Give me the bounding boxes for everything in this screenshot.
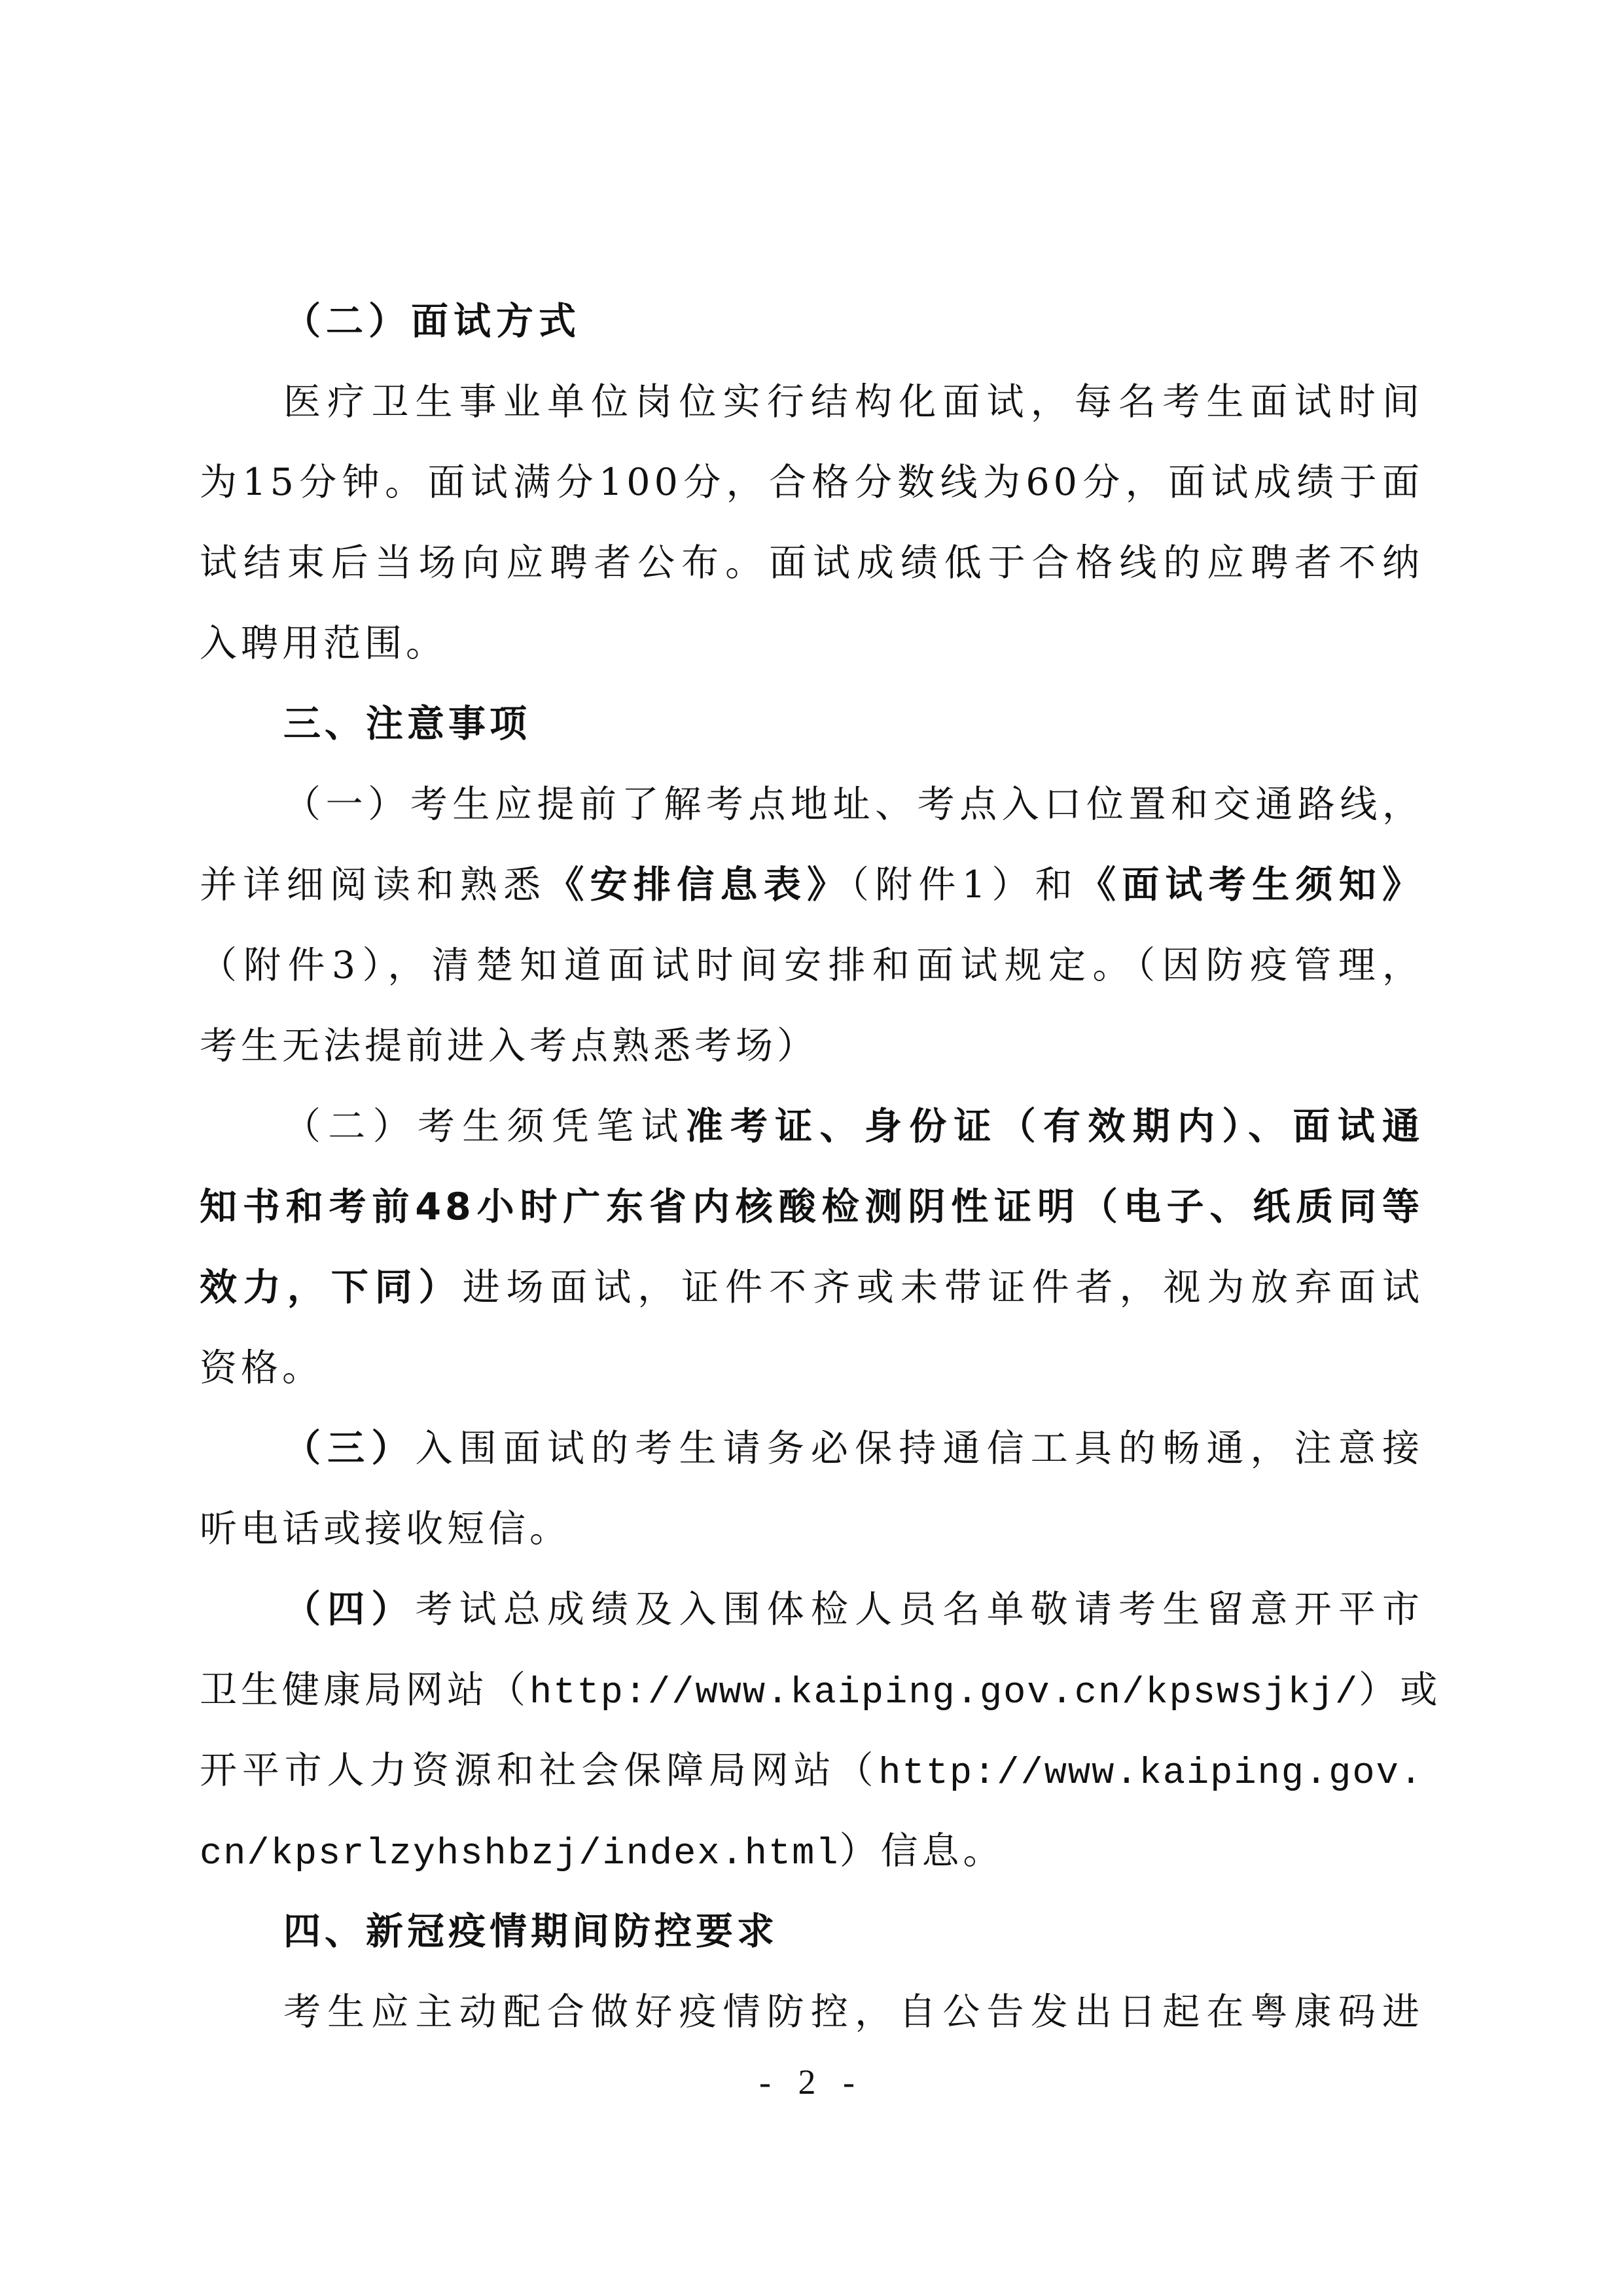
section-heading-notes: 三、注意事项 — [200, 684, 1423, 764]
plain-text: 并详细阅读和熟悉 — [200, 863, 546, 906]
notes-item-4-line: （四）考试总成绩及入围体检人员名单敬请考生留意开平市 — [200, 1570, 1423, 1650]
hr-bureau-url-link-continued[interactable]: cn/kpsrlzyhshbzj/index.html — [200, 1833, 840, 1875]
notes-item-1-line: （一）考生应提前了解考点地址、考点入口位置和交通路线， — [200, 764, 1423, 845]
paragraph-line: 试结束后当场向应聘者公布。面试成绩低于合格线的应聘者不纳 — [200, 523, 1423, 603]
section-heading-interview-method: （二）面试方式 — [200, 281, 1423, 362]
bold-text: 效力，下同） — [200, 1266, 463, 1309]
notes-item-1-line: 考生无法提前进入考点熟悉考场） — [200, 1006, 1423, 1086]
paragraph-line: 为15分钟。面试满分100分，合格分数线为60分，面试成绩于面 — [200, 442, 1423, 523]
section-heading-covid-requirements: 四、新冠疫情期间防控要求 — [200, 1892, 1423, 1972]
paragraph-line: 医疗卫生事业单位岗位实行结构化面试，每名考生面试时间 — [200, 362, 1423, 442]
plain-text: 卫生健康局网站（ — [200, 1668, 529, 1712]
document-body: （二）面试方式 医疗卫生事业单位岗位实行结构化面试，每名考生面试时间 为15分钟… — [200, 281, 1423, 2053]
hr-bureau-url-link[interactable]: http://www.kaiping.gov. — [878, 1753, 1423, 1795]
plain-text: ）信息。 — [840, 1829, 1005, 1873]
notes-item-4-line: cn/kpsrlzyhshbzj/index.html）信息。 — [200, 1811, 1423, 1892]
plain-text: 进场面试，证件不齐或未带证件者，视为放弃面试 — [463, 1266, 1423, 1309]
notes-item-3-line: 听电话或接收短信。 — [200, 1489, 1423, 1570]
health-bureau-url-link[interactable]: http://www.kaiping.gov.cn/kpswsjkj/ — [529, 1672, 1359, 1714]
paragraph-line: 入聘用范围。 — [200, 603, 1423, 684]
plain-text: 考试总成绩及入围体检人员名单敬请考生留意开平市 — [415, 1588, 1423, 1631]
plain-text: ）或 — [1359, 1668, 1441, 1712]
notes-item-3-line: （三）入围面试的考生请务必保持通信工具的畅通，注意接 — [200, 1408, 1423, 1489]
notes-item-2-line: 知书和考前48小时广东省内核酸检测阴性证明（电子、纸质同等 — [200, 1167, 1423, 1247]
plain-text: 开平市人力资源和社会保障局网站（ — [200, 1749, 878, 1792]
notes-item-4-line: 卫生健康局网站（http://www.kaiping.gov.cn/kpswsj… — [200, 1650, 1423, 1731]
item-label: （三） — [283, 1427, 415, 1470]
bold-required-documents: 准考证、身份证（有效期内）、面试通 — [686, 1105, 1423, 1148]
plain-text: （二）考生须凭笔试 — [283, 1105, 686, 1148]
notes-item-1-line: （附件3），清楚知道面试时间安排和面试规定。（因防疫管理， — [200, 925, 1423, 1006]
item-label: （四） — [283, 1588, 415, 1631]
notes-item-1-line: 并详细阅读和熟悉《安排信息表》（附件1）和《面试考生须知》 — [200, 845, 1423, 925]
notes-item-2-line: 资格。 — [200, 1328, 1423, 1408]
bold-reference-candidate-notice: 《面试考生须知》 — [1079, 863, 1423, 906]
document-page: （二）面试方式 医疗卫生事业单位岗位实行结构化面试，每名考生面试时间 为15分钟… — [0, 0, 1623, 2296]
notes-item-2-line: （二）考生须凭笔试准考证、身份证（有效期内）、面试通 — [200, 1086, 1423, 1167]
bold-reference-schedule-table: 《安排信息表》 — [546, 863, 850, 906]
notes-item-4-line: 开平市人力资源和社会保障局网站（http://www.kaiping.gov. — [200, 1731, 1423, 1811]
notes-item-2-line: 效力，下同）进场面试，证件不齐或未带证件者，视为放弃面试 — [200, 1247, 1423, 1328]
page-number: - 2 - — [0, 2062, 1623, 2102]
covid-paragraph-line: 考生应主动配合做好疫情防控，自公告发出日起在粤康码进 — [200, 1972, 1423, 2053]
plain-text: （附件1）和 — [850, 863, 1079, 906]
plain-text: 入围面试的考生请务必保持通信工具的畅通，注意接 — [415, 1427, 1423, 1470]
